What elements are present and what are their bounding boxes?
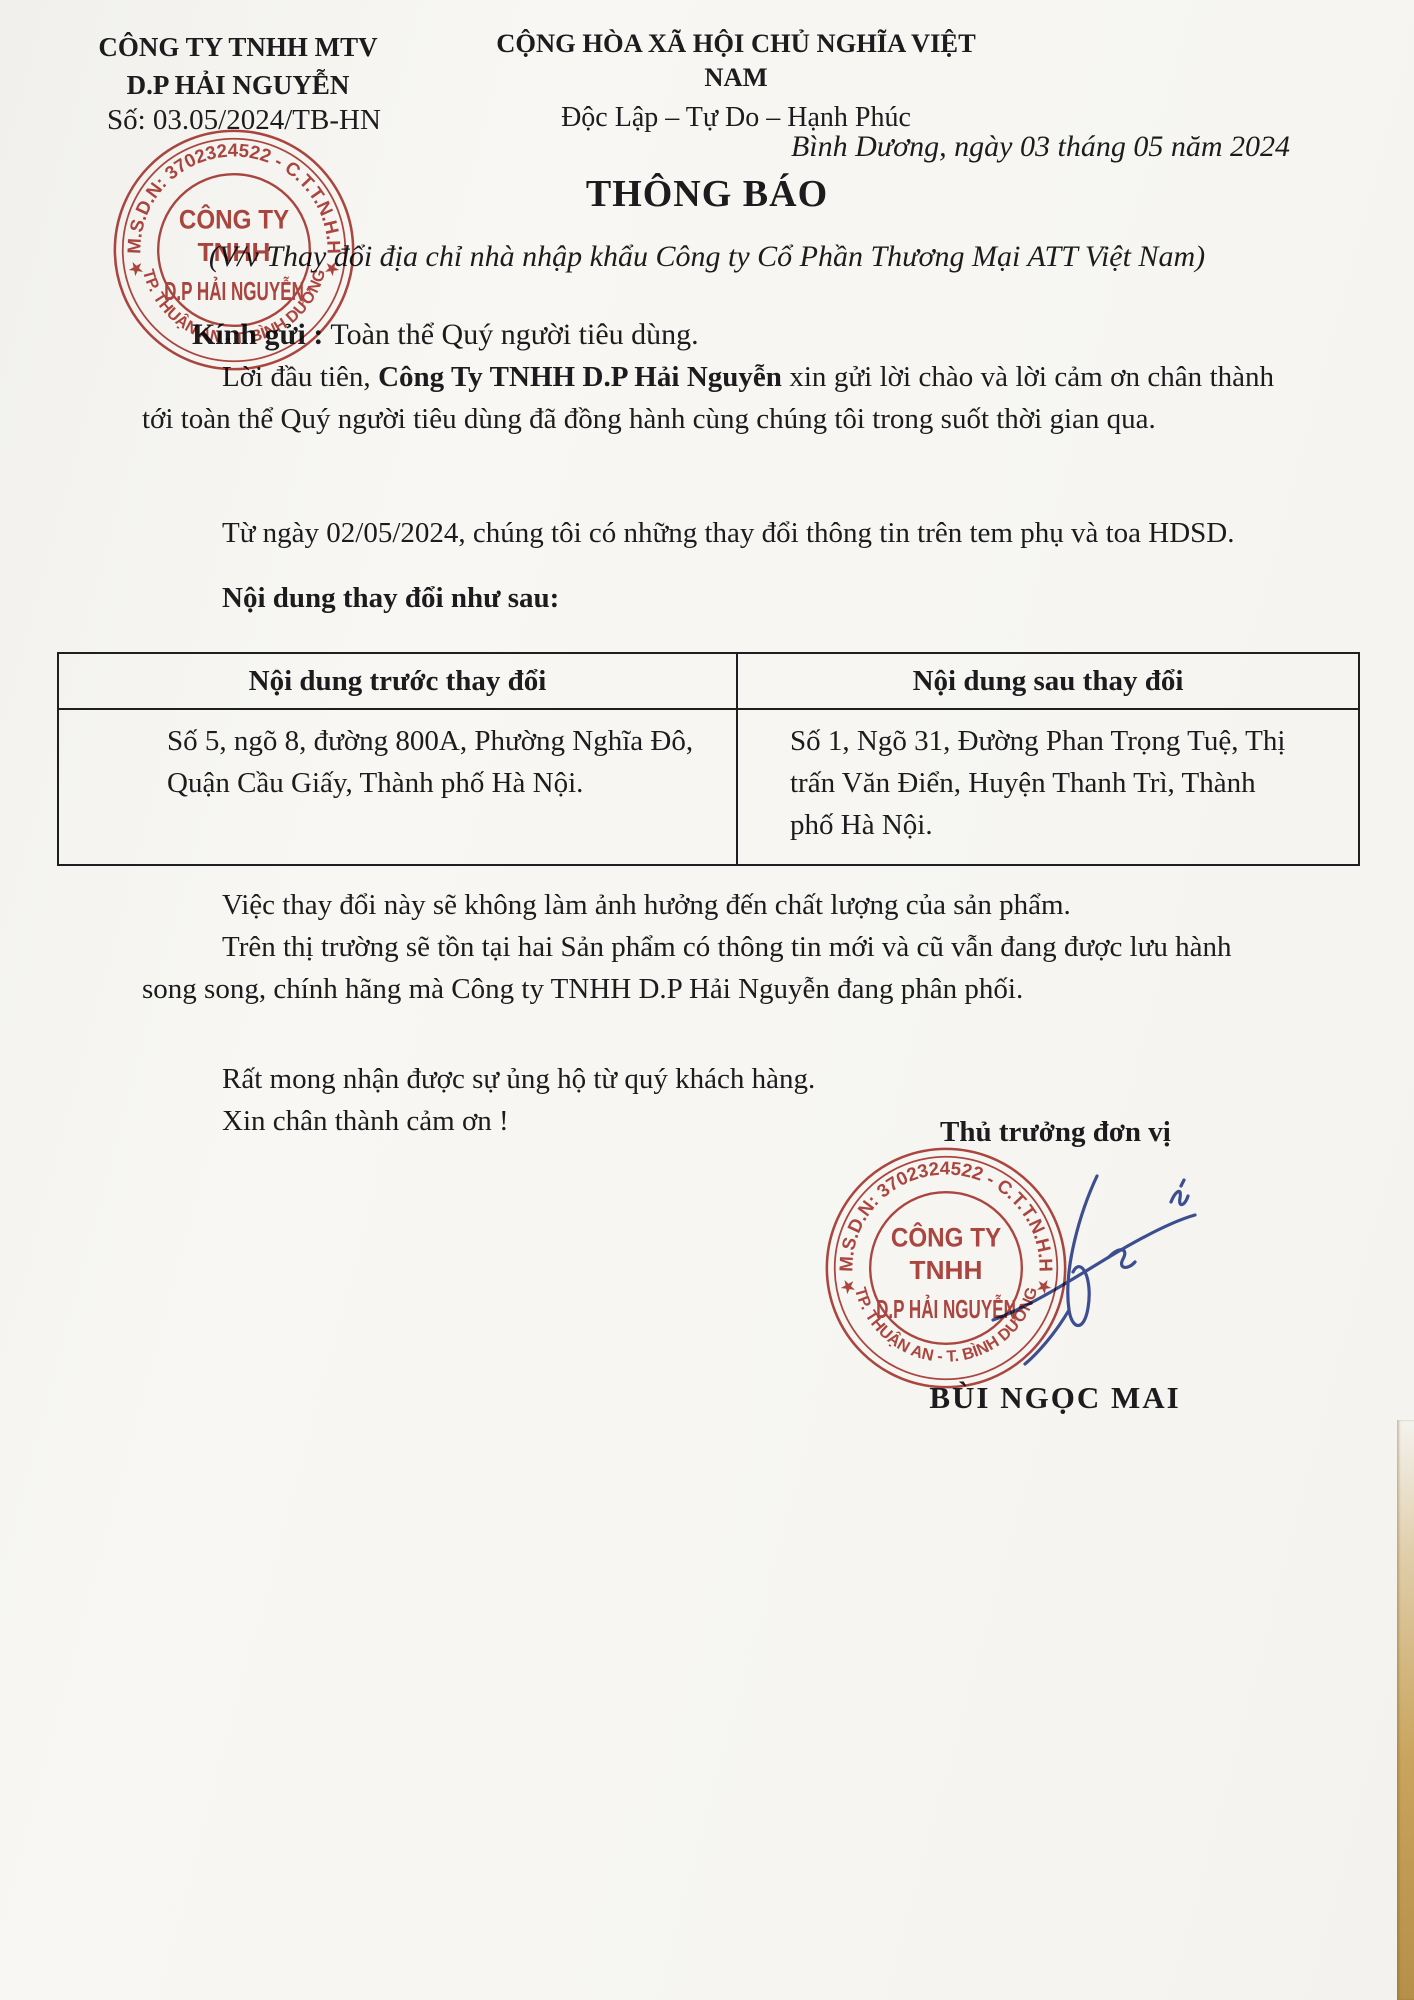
company-name-line2: D.P HẢI NGUYỄN (70, 66, 406, 104)
table-header-before: Nội dung trước thay đổi (59, 654, 738, 708)
place-date-line: Bình Dương, ngày 03 tháng 05 năm 2024 (690, 130, 1290, 164)
issuing-company-block: CÔNG TY TNHH MTV D.P HẢI NGUYỄN (70, 28, 406, 104)
paragraphs-after-table: Việc thay đổi này sẽ không làm ảnh hưởng… (142, 884, 1274, 1010)
national-title: CỘNG HÒA XÃ HỘI CHỦ NGHĨA VIỆT NAM (462, 26, 1010, 94)
scan-edge-artifact (1397, 1420, 1414, 2000)
seal-center-line1: CÔNG TY (179, 204, 290, 234)
company-seal-top: ★ M.S.D.N: 3702324522 - C.T.T.N.H.H ★ TP… (106, 122, 362, 378)
paragraph-both-versions: Trên thị trường sẽ tồn tại hai Sản phẩm … (142, 926, 1274, 1010)
table-row: Số 5, ngõ 8, đường 800A, Phường Nghĩa Đô… (59, 710, 1358, 864)
salutation-recipient: Toàn thể Quý người tiêu dùng. (323, 318, 698, 351)
table-intro-line: Nội dung thay đổi như sau: (222, 582, 559, 615)
seal-center-line3: D.P HẢI NGUYỄN (164, 276, 304, 306)
seal-center-line2: TNHH (910, 1257, 983, 1285)
table-header-after: Nội dung sau thay đổi (738, 654, 1358, 708)
change-content-table: Nội dung trước thay đổi Nội dung sau tha… (57, 652, 1360, 866)
table-header-row: Nội dung trước thay đổi Nội dung sau tha… (59, 654, 1358, 710)
company-name-line1: CÔNG TY TNHH MTV (70, 28, 406, 66)
national-header-block: CỘNG HÒA XÃ HỘI CHỦ NGHĨA VIỆT NAM Độc L… (462, 26, 1010, 134)
table-cell-after-address: Số 1, Ngõ 31, Đường Phan Trọng Tuệ, Thị … (738, 710, 1358, 864)
closing-support-line: Rất mong nhận được sự ủng hộ từ quý khác… (142, 1058, 1274, 1100)
paragraph-change-date: Từ ngày 02/05/2024, chúng tôi có những t… (142, 512, 1274, 554)
seal-center-line2: TNHH (198, 239, 271, 267)
handwritten-signature (985, 1158, 1200, 1373)
paragraph-no-quality-impact: Việc thay đổi này sẽ không làm ảnh hưởng… (142, 884, 1274, 926)
table-cell-before-address: Số 5, ngõ 8, đường 800A, Phường Nghĩa Đô… (59, 710, 738, 864)
greeting-company-bold: Công Ty TNHH D.P Hải Nguyễn (378, 361, 782, 393)
scanned-announcement-page: CÔNG TY TNHH MTV D.P HẢI NGUYỄN Số: 03.0… (0, 0, 1414, 2000)
